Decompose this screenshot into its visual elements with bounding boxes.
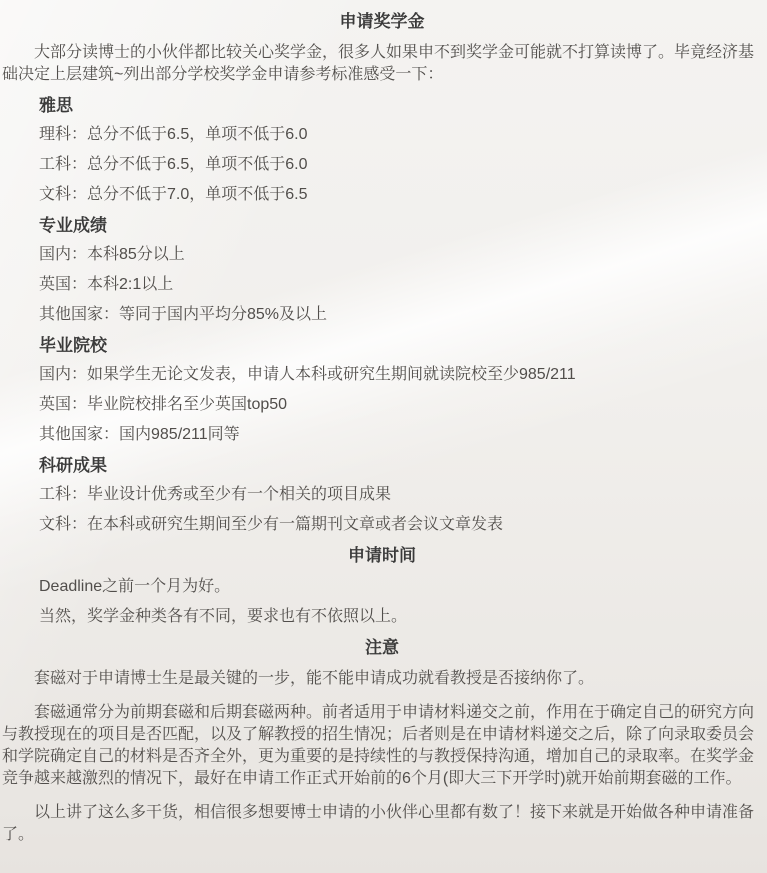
ielts-item-liberal-arts: 文科：总分不低于7.0，单项不低于6.5: [39, 184, 762, 206]
section-heading-notice: 注意: [2, 636, 762, 660]
grades-item-domestic: 国内：本科85分以上: [39, 244, 762, 266]
article-title: 申请奖学金: [2, 10, 762, 34]
notice-paragraph-contact-types: 套磁通常分为前期套磁和后期套磁两种。前者适用于申请材料递交之前，作用在于确定自己…: [2, 702, 762, 790]
section-heading-research: 科研成果: [39, 454, 762, 478]
ielts-item-science: 理科：总分不低于6.5，单项不低于6.0: [39, 124, 762, 146]
timing-paragraph-note: 当然，奖学金种类各有不同，要求也有不依照以上。: [39, 606, 762, 628]
article-page: 申请奖学金 大部分读博士的小伙伴都比较关心奖学金，很多人如果申不到奖学金可能就不…: [0, 0, 767, 873]
school-item-uk: 英国：毕业院校排名至少英国top50: [39, 394, 762, 416]
school-item-domestic: 国内：如果学生无论文发表，申请人本科或研究生期间就读院校至少985/211: [39, 364, 762, 386]
intro-paragraph: 大部分读博士的小伙伴都比较关心奖学金，很多人如果申不到奖学金可能就不打算读博了。…: [2, 42, 762, 86]
grades-item-uk: 英国：本科2:1以上: [39, 274, 762, 296]
section-heading-ielts: 雅思: [39, 94, 762, 118]
research-item-engineering: 工科：毕业设计优秀或至少有一个相关的项目成果: [39, 484, 762, 506]
notice-paragraph-conclusion: 以上讲了这么多干货，相信很多想要博士申请的小伙伴心里都有数了！接下来就是开始做各…: [2, 802, 762, 846]
notice-paragraph-contact-importance: 套磁对于申请博士生是最关键的一步，能不能申请成功就看教授是否接纳你了。: [2, 668, 762, 690]
section-heading-application-time: 申请时间: [2, 544, 762, 568]
school-item-other-countries: 其他国家：国内985/211同等: [39, 424, 762, 446]
research-item-liberal-arts: 文科：在本科或研究生期间至少有一篇期刊文章或者会议文章发表: [39, 514, 762, 536]
ielts-item-engineering: 工科：总分不低于6.5，单项不低于6.0: [39, 154, 762, 176]
section-heading-major-grades: 专业成绩: [39, 214, 762, 238]
timing-paragraph-deadline: Deadline之前一个月为好。: [39, 576, 762, 598]
section-heading-graduation-school: 毕业院校: [39, 334, 762, 358]
grades-item-other-countries: 其他国家：等同于国内平均分85%及以上: [39, 304, 762, 326]
